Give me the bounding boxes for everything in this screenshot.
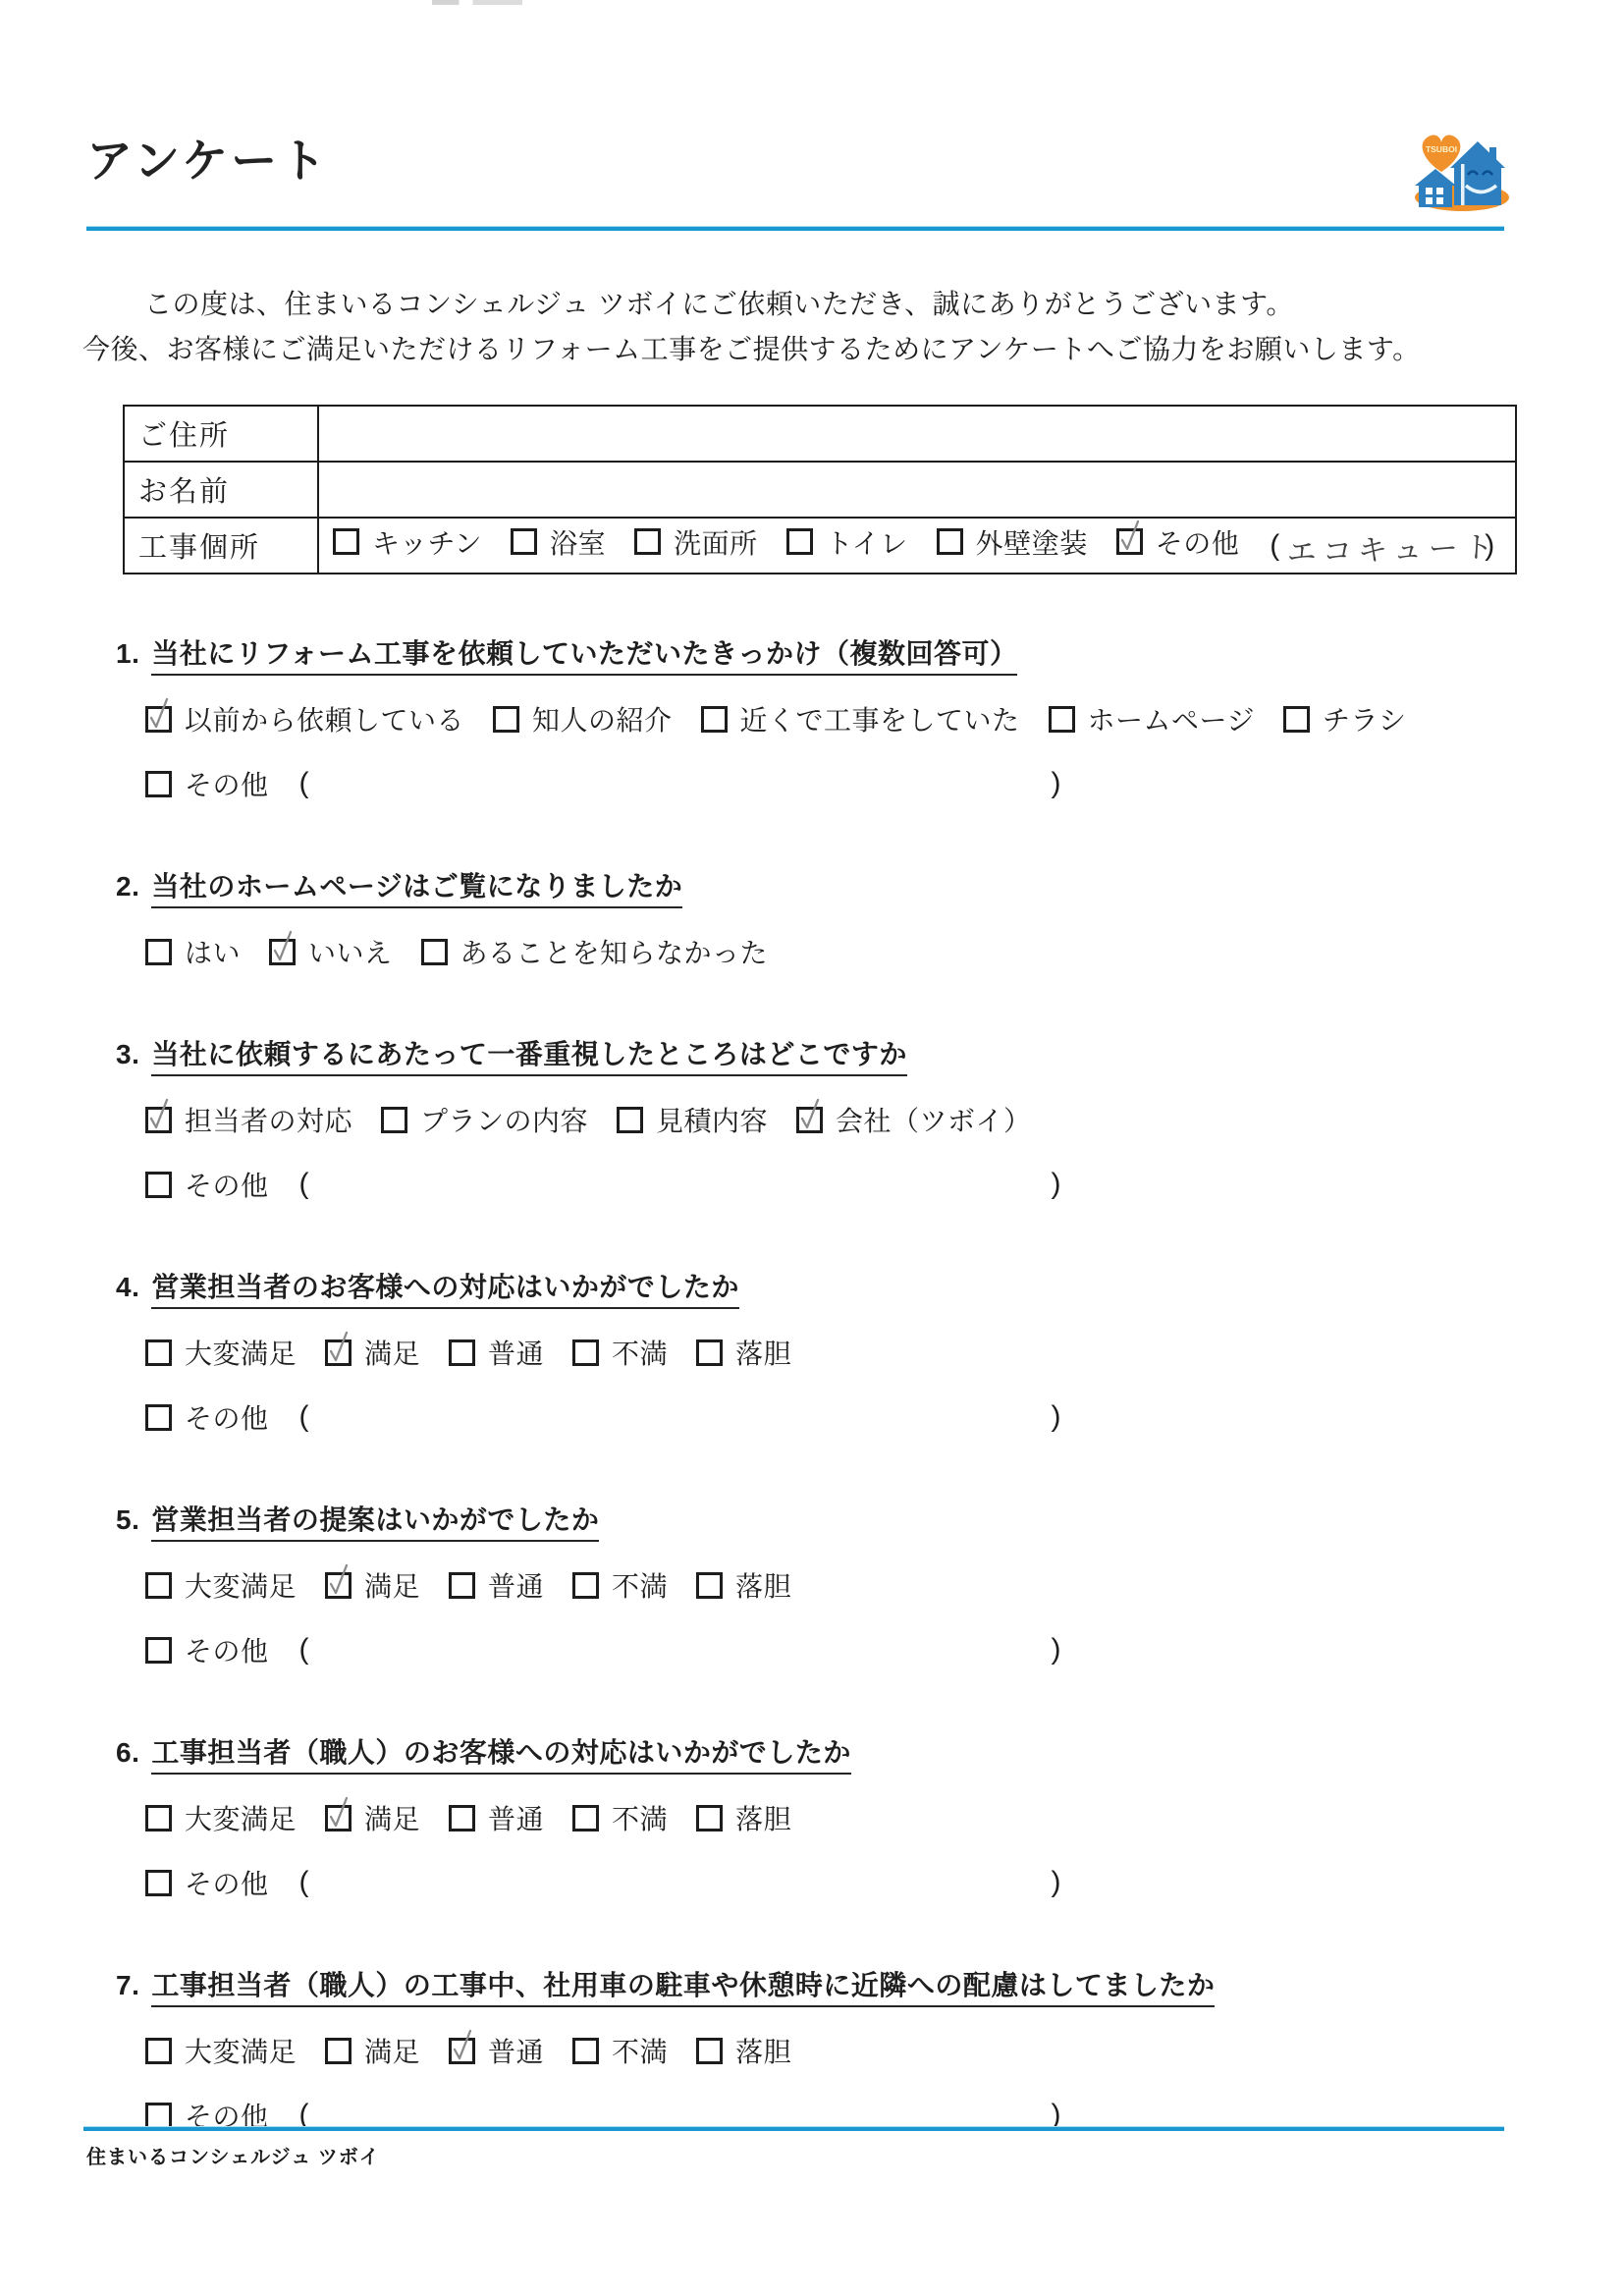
logo-window-pane [1426, 197, 1433, 204]
question-3-option-2[interactable]: プランの内容 [381, 1100, 588, 1139]
checkbox[interactable] [937, 528, 963, 555]
question-3-option-4[interactable]: 会社（ツボイ） [796, 1100, 1032, 1139]
question-4-option-1[interactable]: 大変満足 [145, 1333, 297, 1372]
checkbox[interactable] [269, 939, 296, 965]
question-2-option-2[interactable]: いいえ [269, 932, 393, 971]
question-5-option-3[interactable]: 普通 [449, 1565, 544, 1605]
question-4-option-3[interactable]: 普通 [449, 1333, 544, 1372]
checkbox[interactable] [449, 1572, 475, 1599]
question-6-option-5[interactable]: 落胆 [696, 1798, 791, 1837]
checkbox[interactable] [145, 2038, 172, 2064]
check-mark [450, 2027, 473, 2062]
work-option-5[interactable]: 外壁塗装 [937, 522, 1088, 562]
option-label: 以前から依頼している [185, 699, 464, 738]
option-label: 満足 [364, 1565, 420, 1605]
question-header: 2.当社のホームページはご覧になりましたか [116, 865, 1569, 904]
logo-small-roof [1415, 169, 1456, 186]
question-number: 5. [116, 1504, 139, 1536]
question-5-option-2[interactable]: 満足 [325, 1565, 420, 1605]
option-label: 落胆 [735, 1565, 791, 1605]
question-7-option-1[interactable]: 大変満足 [145, 2031, 297, 2070]
checkbox[interactable] [145, 939, 172, 965]
checkbox[interactable] [145, 1172, 172, 1198]
question-options: 大変満足満足普通不満落胆 [116, 1333, 1569, 1372]
question-number: 2. [116, 871, 139, 902]
option-label: 浴室 [550, 522, 606, 562]
checkbox[interactable] [145, 1107, 172, 1133]
question-header: 3.当社に依頼するにあたって一番重視したところはどこですか [116, 1033, 1569, 1072]
question-1-option-1[interactable]: 以前から依頼している [145, 699, 464, 738]
question-7-option-3[interactable]: 普通 [449, 2031, 544, 2070]
question-3-option-1[interactable]: 担当者の対応 [145, 1100, 352, 1139]
question-number: 7. [116, 1970, 139, 2001]
question-6-option-other[interactable]: その他 [145, 1863, 269, 1902]
question-2-option-1[interactable]: はい [145, 932, 241, 971]
question-2-option-3[interactable]: あることを知らなかった [421, 932, 769, 971]
question-header: 4.営業担当者のお客様への対応はいかがでしたか [116, 1266, 1569, 1305]
checkbox[interactable] [1116, 528, 1143, 555]
question-options: 大変満足満足普通不満落胆 [116, 1565, 1569, 1605]
question-options: 大変満足満足普通不満落胆 [116, 1798, 1569, 1837]
question-1-option-other[interactable]: その他 [145, 764, 269, 803]
checkbox[interactable] [572, 1572, 599, 1599]
question-list: 1.当社にリフォーム工事を依頼していただいたきっかけ（複数回答可）以前から依頼し… [116, 632, 1569, 2197]
option-label: 外壁塗装 [976, 522, 1088, 562]
option-label: 普通 [488, 1565, 544, 1605]
work-option-4[interactable]: トイレ [786, 522, 908, 562]
option-label: 不満 [612, 2031, 668, 2070]
question-other-line: その他() [116, 1630, 1569, 1669]
question-1-option-2[interactable]: 知人の紹介 [493, 699, 673, 738]
checkbox[interactable] [786, 528, 813, 555]
option-label: あることを知らなかった [460, 932, 769, 971]
footer-company-name: 住まいるコンシェルジュ ツボイ [86, 2141, 380, 2169]
question-number: 3. [116, 1039, 139, 1070]
paren-open: ( [1268, 529, 1281, 562]
option-label: その他 [185, 1630, 269, 1669]
question-6-option-2[interactable]: 満足 [325, 1798, 420, 1837]
work-option-3[interactable]: 洗面所 [634, 522, 758, 562]
question-5-option-5[interactable]: 落胆 [696, 1565, 791, 1605]
checkbox[interactable] [449, 1805, 475, 1831]
question-7-option-5[interactable]: 落胆 [696, 2031, 791, 2070]
page-title: アンケート [86, 125, 329, 191]
title-divider [86, 227, 1504, 231]
question-4-option-2[interactable]: 満足 [325, 1333, 420, 1372]
question-other-line: その他() [116, 1165, 1569, 1204]
question-6: 6.工事担当者（職人）のお客様への対応はいかがでしたか大変満足満足普通不満落胆そ… [116, 1731, 1569, 1902]
logo-window-pane [1426, 188, 1433, 194]
check-mark [146, 695, 170, 731]
checkbox[interactable] [572, 1339, 599, 1366]
question-6-option-1[interactable]: 大変満足 [145, 1798, 297, 1837]
checkbox[interactable] [696, 1805, 723, 1831]
checkbox[interactable] [325, 2038, 352, 2064]
option-label: 満足 [364, 1333, 420, 1372]
paren-open: ( [298, 1866, 311, 1899]
handwritten-answer[interactable]: エコキュート [1281, 525, 1483, 569]
scan-artifact [432, 0, 522, 5]
option-label: 普通 [488, 2031, 544, 2070]
question-other-line: その他() [116, 764, 1569, 803]
checkbox[interactable] [1283, 706, 1310, 733]
check-mark [326, 1561, 350, 1597]
checkbox[interactable] [634, 528, 661, 555]
checkbox[interactable] [325, 1805, 352, 1831]
question-4-option-5[interactable]: 落胆 [696, 1333, 791, 1372]
checkbox[interactable] [145, 1805, 172, 1831]
checkbox[interactable] [145, 1572, 172, 1599]
work-location-options: キッチン浴室洗面所トイレ外壁塗装その他(エコキュート) [318, 518, 1516, 574]
option-label: 落胆 [735, 2031, 791, 2070]
question-4-option-other[interactable]: その他 [145, 1397, 269, 1437]
logo-downpipe [1461, 164, 1465, 205]
option-label: その他 [185, 1165, 269, 1204]
checkbox[interactable] [449, 1339, 475, 1366]
question-header: 5.営業担当者の提案はいかがでしたか [116, 1499, 1569, 1538]
name-label: お名前 [124, 462, 318, 518]
check-mark [326, 1329, 350, 1364]
check-mark [146, 1096, 170, 1131]
question-2: 2.当社のホームページはご覧になりましたかはいいいえあることを知らなかった [116, 865, 1569, 971]
question-title: 営業担当者の提案はいかがでしたか [151, 1504, 599, 1542]
option-label: 洗面所 [674, 522, 758, 562]
question-title: 営業担当者のお客様への対応はいかがでしたか [151, 1272, 739, 1309]
checkbox[interactable] [421, 939, 448, 965]
question-title: 工事担当者（職人）の工事中、社用車の駐車や休憩時に近隣への配慮はしてましたか [151, 1970, 1215, 2007]
checkbox[interactable] [145, 1637, 172, 1664]
question-title: 当社に依頼するにあたって一番重視したところはどこですか [151, 1039, 907, 1076]
checkbox[interactable] [1049, 706, 1075, 733]
checkbox[interactable] [572, 1805, 599, 1831]
logo-window-pane [1436, 197, 1443, 204]
option-label: チラシ [1323, 699, 1407, 738]
paren-close: ) [1050, 1866, 1063, 1899]
question-1: 1.当社にリフォーム工事を依頼していただいたきっかけ（複数回答可）以前から依頼し… [116, 632, 1569, 803]
option-label: その他 [185, 1863, 269, 1902]
logo-chimney [1489, 147, 1496, 161]
option-label: 不満 [612, 1565, 668, 1605]
survey-page: アンケート TSUBOI この度は、住まいるコンシェルジュ ツボイにご依頼いただ… [0, 0, 1623, 2296]
option-label: 普通 [488, 1333, 544, 1372]
question-5-option-4[interactable]: 不満 [572, 1565, 668, 1605]
question-1-option-3[interactable]: 近くで工事をしていた [701, 699, 1020, 738]
check-mark [326, 1794, 350, 1830]
question-other-line: その他() [116, 1863, 1569, 1902]
question-7-option-4[interactable]: 不満 [572, 2031, 668, 2070]
question-header: 6.工事担当者（職人）のお客様への対応はいかがでしたか [116, 1731, 1569, 1771]
address-field[interactable] [318, 406, 1516, 462]
question-number: 6. [116, 1737, 139, 1769]
work-option-6[interactable]: その他 [1116, 522, 1240, 562]
option-label: 見積内容 [656, 1100, 768, 1139]
option-label: プランの内容 [420, 1100, 588, 1139]
option-label: 知人の紹介 [532, 699, 673, 738]
table-row-name: お名前 [124, 462, 1516, 518]
question-options: 担当者の対応プランの内容見積内容会社（ツボイ） [116, 1100, 1569, 1139]
question-3: 3.当社に依頼するにあたって一番重視したところはどこですか担当者の対応プランの内… [116, 1033, 1569, 1204]
option-label: 満足 [364, 1798, 420, 1837]
checkbox[interactable] [325, 1339, 352, 1366]
option-label: 大変満足 [185, 1798, 297, 1837]
handwritten-text: エコキュート [1280, 522, 1500, 572]
checkbox[interactable] [493, 706, 519, 733]
work-option-2[interactable]: 浴室 [511, 522, 606, 562]
question-7-option-2[interactable]: 満足 [325, 2031, 420, 2070]
option-label: 大変満足 [185, 1333, 297, 1372]
option-label: トイレ [826, 522, 908, 562]
paren-close: ) [1050, 1400, 1063, 1434]
question-6-option-4[interactable]: 不満 [572, 1798, 668, 1837]
customer-info-table: ご住所 お名前 工事個所 キッチン浴室洗面所トイレ外壁塗装その他(エコキュート) [123, 405, 1517, 574]
checkbox[interactable] [449, 2038, 475, 2064]
option-label: 担当者の対応 [185, 1100, 352, 1139]
logo-window-pane [1436, 188, 1443, 194]
logo-wordmark: TSUBOI [1426, 144, 1457, 154]
question-1-option-4[interactable]: ホームページ [1049, 699, 1255, 738]
question-title: 当社のホームページはご覧になりましたか [151, 871, 682, 908]
checkbox[interactable] [511, 528, 537, 555]
checkbox[interactable] [145, 1870, 172, 1896]
question-4-option-4[interactable]: 不満 [572, 1333, 668, 1372]
option-label: その他 [185, 764, 269, 803]
checkbox[interactable] [145, 771, 172, 797]
work-option-1[interactable]: キッチン [333, 522, 482, 562]
paren-open: ( [298, 1400, 311, 1434]
question-3-option-3[interactable]: 見積内容 [617, 1100, 768, 1139]
question-5-option-1[interactable]: 大変満足 [145, 1565, 297, 1605]
question-other-line: その他() [116, 1397, 1569, 1437]
question-options: 以前から依頼している知人の紹介近くで工事をしていたホームページチラシ [116, 699, 1569, 738]
address-label: ご住所 [124, 406, 318, 462]
question-number: 1. [116, 638, 139, 670]
check-mark [797, 1096, 821, 1131]
option-label: キッチン [372, 522, 482, 562]
check-mark [1117, 518, 1141, 553]
option-label: 会社（ツボイ） [836, 1100, 1032, 1139]
option-label: ホームページ [1088, 699, 1255, 738]
paren-close: ) [1050, 1633, 1063, 1667]
question-7: 7.工事担当者（職人）の工事中、社用車の駐車や休憩時に近隣への配慮はしてましたか… [116, 1964, 1569, 2135]
checkbox[interactable] [696, 1572, 723, 1599]
question-5-option-other[interactable]: その他 [145, 1630, 269, 1669]
paren-close: ) [1050, 1168, 1063, 1201]
check-mark [270, 928, 294, 963]
option-label: 不満 [612, 1798, 668, 1837]
footer-divider [83, 2127, 1504, 2131]
question-5: 5.営業担当者の提案はいかがでしたか大変満足満足普通不満落胆その他() [116, 1499, 1569, 1669]
paren-close: ) [1050, 767, 1063, 800]
option-label: いいえ [308, 932, 393, 971]
name-field[interactable] [318, 462, 1516, 518]
option-label: 不満 [612, 1333, 668, 1372]
checkbox[interactable] [333, 528, 359, 555]
option-label: 普通 [488, 1798, 544, 1837]
work-location-label: 工事個所 [124, 518, 318, 574]
table-row-address: ご住所 [124, 406, 1516, 462]
question-options: はいいいえあることを知らなかった [116, 932, 1569, 971]
question-number: 4. [116, 1272, 139, 1303]
checkbox[interactable] [145, 1339, 172, 1366]
question-header: 1.当社にリフォーム工事を依頼していただいたきっかけ（複数回答可） [116, 632, 1569, 672]
option-label: 大変満足 [185, 1565, 297, 1605]
option-label: 近くで工事をしていた [740, 699, 1020, 738]
checkbox[interactable] [696, 1339, 723, 1366]
checkbox[interactable] [701, 706, 728, 733]
option-label: その他 [1156, 522, 1240, 562]
checkbox[interactable] [572, 2038, 599, 2064]
checkbox[interactable] [617, 1107, 643, 1133]
option-label: 満足 [364, 2031, 420, 2070]
question-3-option-other[interactable]: その他 [145, 1165, 269, 1204]
table-row-work-location: 工事個所 キッチン浴室洗面所トイレ外壁塗装その他(エコキュート) [124, 518, 1516, 574]
question-title: 当社にリフォーム工事を依頼していただいたきっかけ（複数回答可） [151, 638, 1017, 676]
checkbox[interactable] [145, 1404, 172, 1431]
question-header: 7.工事担当者（職人）の工事中、社用車の駐車や休憩時に近隣への配慮はしてましたか [116, 1964, 1569, 2003]
paren-open: ( [298, 1633, 311, 1667]
intro-line-1: この度は、住まいるコンシェルジュ ツボイにご依頼いただき、誠にありがとうございま… [144, 283, 1294, 322]
question-6-option-3[interactable]: 普通 [449, 1798, 544, 1837]
option-label: はい [185, 932, 241, 971]
checkbox[interactable] [145, 706, 172, 733]
intro-line-2: 今後、お客様にご満足いただけるリフォーム工事をご提供するためにアンケートへご協力… [82, 328, 1421, 367]
option-label: その他 [185, 1397, 269, 1437]
question-title: 工事担当者（職人）のお客様への対応はいかがでしたか [151, 1737, 851, 1775]
logo-small-house [1419, 184, 1452, 207]
paren-open: ( [298, 767, 311, 800]
question-1-option-5[interactable]: チラシ [1283, 699, 1407, 738]
option-label: 大変満足 [185, 2031, 297, 2070]
paren-open: ( [298, 1168, 311, 1201]
checkbox[interactable] [381, 1107, 407, 1133]
checkbox[interactable] [325, 1572, 352, 1599]
checkbox[interactable] [796, 1107, 823, 1133]
option-label: 落胆 [735, 1798, 791, 1837]
checkbox[interactable] [696, 2038, 723, 2064]
checkbox[interactable] [145, 2103, 172, 2129]
question-options: 大変満足満足普通不満落胆 [116, 2031, 1569, 2070]
question-4: 4.営業担当者のお客様への対応はいかがでしたか大変満足満足普通不満落胆その他() [116, 1266, 1569, 1437]
tsuboi-logo: TSUBOI [1411, 131, 1511, 215]
option-label: 落胆 [735, 1333, 791, 1372]
